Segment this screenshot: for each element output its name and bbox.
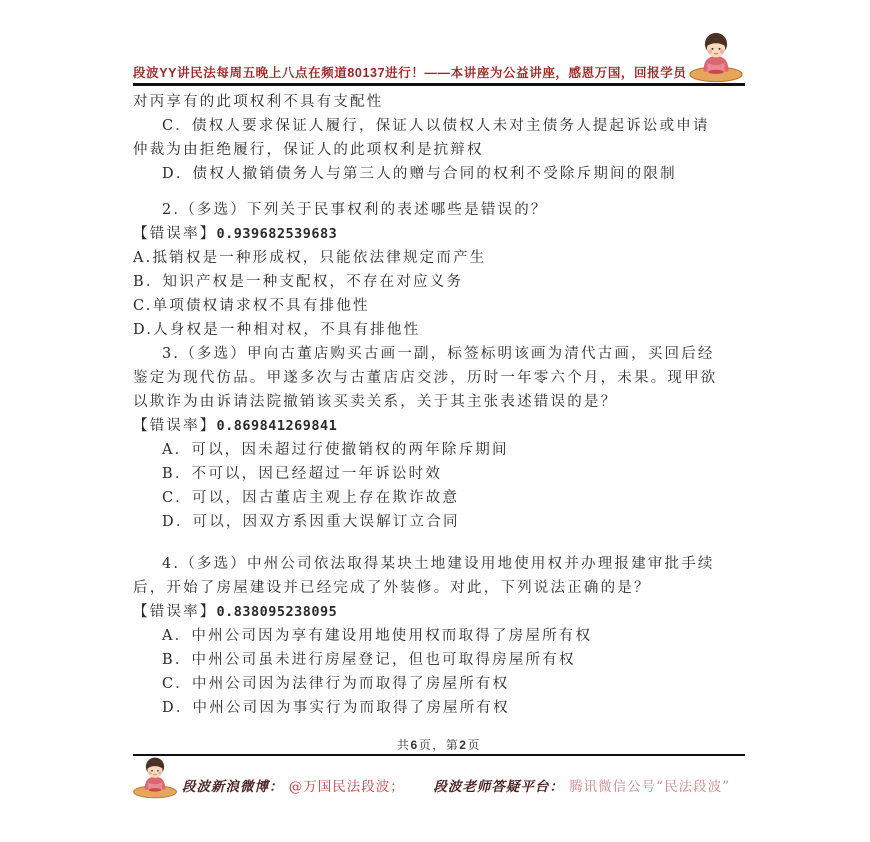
document-line: A．中州公司因为享有建设用地使用权而取得了房屋所有权 (133, 624, 755, 648)
document-line: 以欺诈为由诉请法院撤销该买卖关系，关于其主张表述错误的是？ (133, 390, 755, 414)
document-line: 2.（多选）下列关于民事权利的表述哪些是错误的？ (133, 198, 755, 222)
document-line: A.抵销权是一种形成权，只能依法律规定而产生 (133, 246, 755, 270)
mascot-avatar-icon (131, 756, 179, 799)
document-line: C.单项债权请求权不具有排他性 (133, 294, 755, 318)
weibo-label: 段波新浪微博： (182, 779, 284, 795)
document-line: C．中州公司因为法律行为而取得了房屋所有权 (133, 672, 755, 696)
weibo-handle: @万国民法段波； (289, 779, 405, 795)
document-line: 鉴定为现代仿品。甲遂多次与古董店店交涉，历时一年零六个月，未果。现甲欲 (133, 366, 755, 390)
error-rate-line: 【错误率】0.838095238095 (133, 600, 755, 624)
document-line: 仲裁为由拒绝履行，保证人的此项权利是抗辩权 (133, 138, 755, 162)
footer-contact-line: 段波新浪微博： @万国民法段波； 段波老师答疑平台： 腾讯微信公号“民法段波” (182, 775, 730, 795)
qa-platform-label: 段波老师答疑平台： (433, 779, 564, 795)
header-banner: 段波YY讲民法每周五晚上八点在频道80137进行！——本讲座为公益讲座，感恩万国… (133, 63, 693, 81)
document-line: 4.（多选）中州公司依法取得某块土地建设用地使用权并办理报建审批手续 (133, 552, 755, 576)
error-rate-line: 【错误率】0.939682539683 (133, 222, 755, 246)
document-line: B．中州公司虽未进行房屋登记，但也可取得房屋所有权 (133, 648, 755, 672)
document-line: B．不可以，因已经超过一年诉讼时效 (133, 462, 755, 486)
document-line: D.人身权是一种相对权，不具有排他性 (133, 318, 755, 342)
qa-platform-value: 腾讯微信公号“民法段波” (569, 779, 730, 795)
header-banner-text: 段波YY讲民法每周五晚上八点在频道80137进行！——本讲座为公益讲座，感恩万国… (133, 66, 686, 80)
footer-divider (133, 754, 745, 756)
document-line: B．知识产权是一种支配权，不存在对应义务 (133, 270, 755, 294)
document-page: 段波YY讲民法每周五晚上八点在频道80137进行！——本讲座为公益讲座，感恩万国… (0, 0, 870, 842)
document-body: 对丙享有的此项权利不具有支配性C．债权人要求保证人履行，保证人以债权人未对主债务… (133, 90, 755, 720)
document-line: 后，开始了房屋建设并已经完成了外装修。对此，下列说法正确的是？ (133, 576, 755, 600)
document-line: A．可以，因未超过行使撤销权的两年除斥期间 (133, 438, 755, 462)
page-number-indicator: 共6页，第2页 (133, 736, 745, 753)
error-rate-line: 【错误率】0.869841269841 (133, 414, 755, 438)
document-line: C．可以，因古董店主观上存在欺诈故意 (133, 486, 755, 510)
document-line: D．可以，因双方系因重大误解订立合同 (133, 510, 755, 534)
document-line: D．中州公司因为事实行为而取得了房屋所有权 (133, 696, 755, 720)
header-divider (133, 83, 745, 86)
document-line: D．债权人撤销债务人与第三人的赠与合同的权利不受除斥期间的限制 (133, 162, 755, 186)
document-line: 3.（多选）甲向古董店购买古画一副，标签标明该画为清代古画，买回后经 (133, 342, 755, 366)
document-line: 对丙享有的此项权利不具有支配性 (133, 90, 755, 114)
mascot-avatar-icon (687, 31, 745, 83)
document-line: C．债权人要求保证人履行，保证人以债权人未对主债务人提起诉讼或申请 (133, 114, 755, 138)
